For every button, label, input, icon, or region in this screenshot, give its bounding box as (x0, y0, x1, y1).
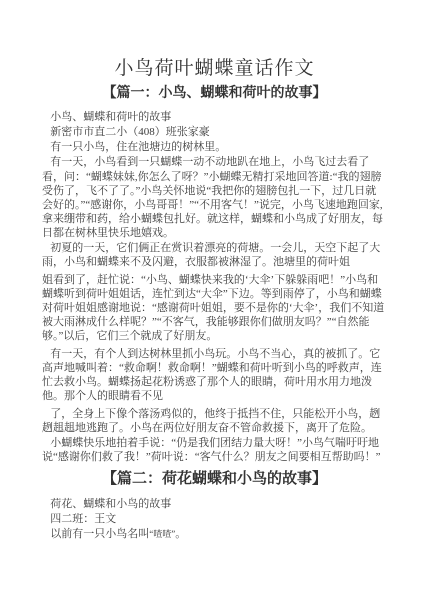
section-2-header: 【篇二：荷花蝴蝶和小鸟的故事】 (42, 469, 387, 489)
paragraph: 初夏的一天，它们俩正在赏识着漂亮的荷塘。一会儿，天空下起了大雨，小鸟和蝴蝶来不及… (42, 241, 387, 269)
paragraph: 了，全身上下像个落汤鸡似的，他终于抵挡不住，只能松开小鸟，趔趔趄趄地逃跑了。小鸟… (42, 407, 387, 435)
article-body: 小鸟、蝴蝶和荷叶的故事新密市市直二小（408）班张家豪有一只小鸟，住在池塘边的树… (42, 110, 387, 541)
paragraph: 以前有一只小鸟名叫“喳喳”。 (42, 527, 387, 541)
text-run: 。 (175, 528, 186, 540)
paragraph: 姐看到了，赶忙说：“小鸟、蝴蝶快来我的‘大伞’下躲躲雨吧！”小鸟和蝴蝶听到荷叶姐… (42, 273, 387, 343)
paragraph: 四二班：王文 (42, 512, 387, 526)
section-1-header: 【篇一：小鸟、蝴蝶和荷叶的故事】 (42, 84, 387, 103)
paragraph: 有一天，小鸟看到一只蝴蝶一动不动地趴在地上，小鸟飞过去看了 (42, 155, 387, 169)
text-run: “喳喳” (149, 529, 175, 539)
paragraph: 有一只小鸟，住在池塘边的树林里。 (42, 140, 387, 154)
paragraph: 荷花、蝴蝶和小鸟的故事 (42, 497, 387, 511)
paragraph: 小鸟、蝴蝶和荷叶的故事 (42, 110, 387, 124)
paragraph: 看，问：“蝴蝶妹妹,你怎么了呀？”小蝴蝶无精打采地回答道:“我的翅膀受伤了，飞不… (42, 170, 387, 240)
page-title: 小鸟荷叶蝴蝶童话作文 (42, 57, 387, 81)
text-run: 以前有一只小鸟名叫 (50, 528, 149, 540)
paragraph: 小蝴蝶快乐地拍着手说：“仍是我们团结力量大呀！”小鸟气喘吁吁地说“感谢你们救了我… (42, 436, 387, 464)
paragraph: 有一天，有个人到达树林里抓小鸟玩。小鸟不当心，真的被抓了。它高声地喊叫着：“救命… (42, 347, 387, 403)
document-page: 小鸟荷叶蝴蝶童话作文 【篇一：小鸟、蝴蝶和荷叶的故事】 小鸟、蝴蝶和荷叶的故事新… (0, 0, 423, 600)
paragraph: 新密市市直二小（408）班张家豪 (42, 125, 387, 139)
